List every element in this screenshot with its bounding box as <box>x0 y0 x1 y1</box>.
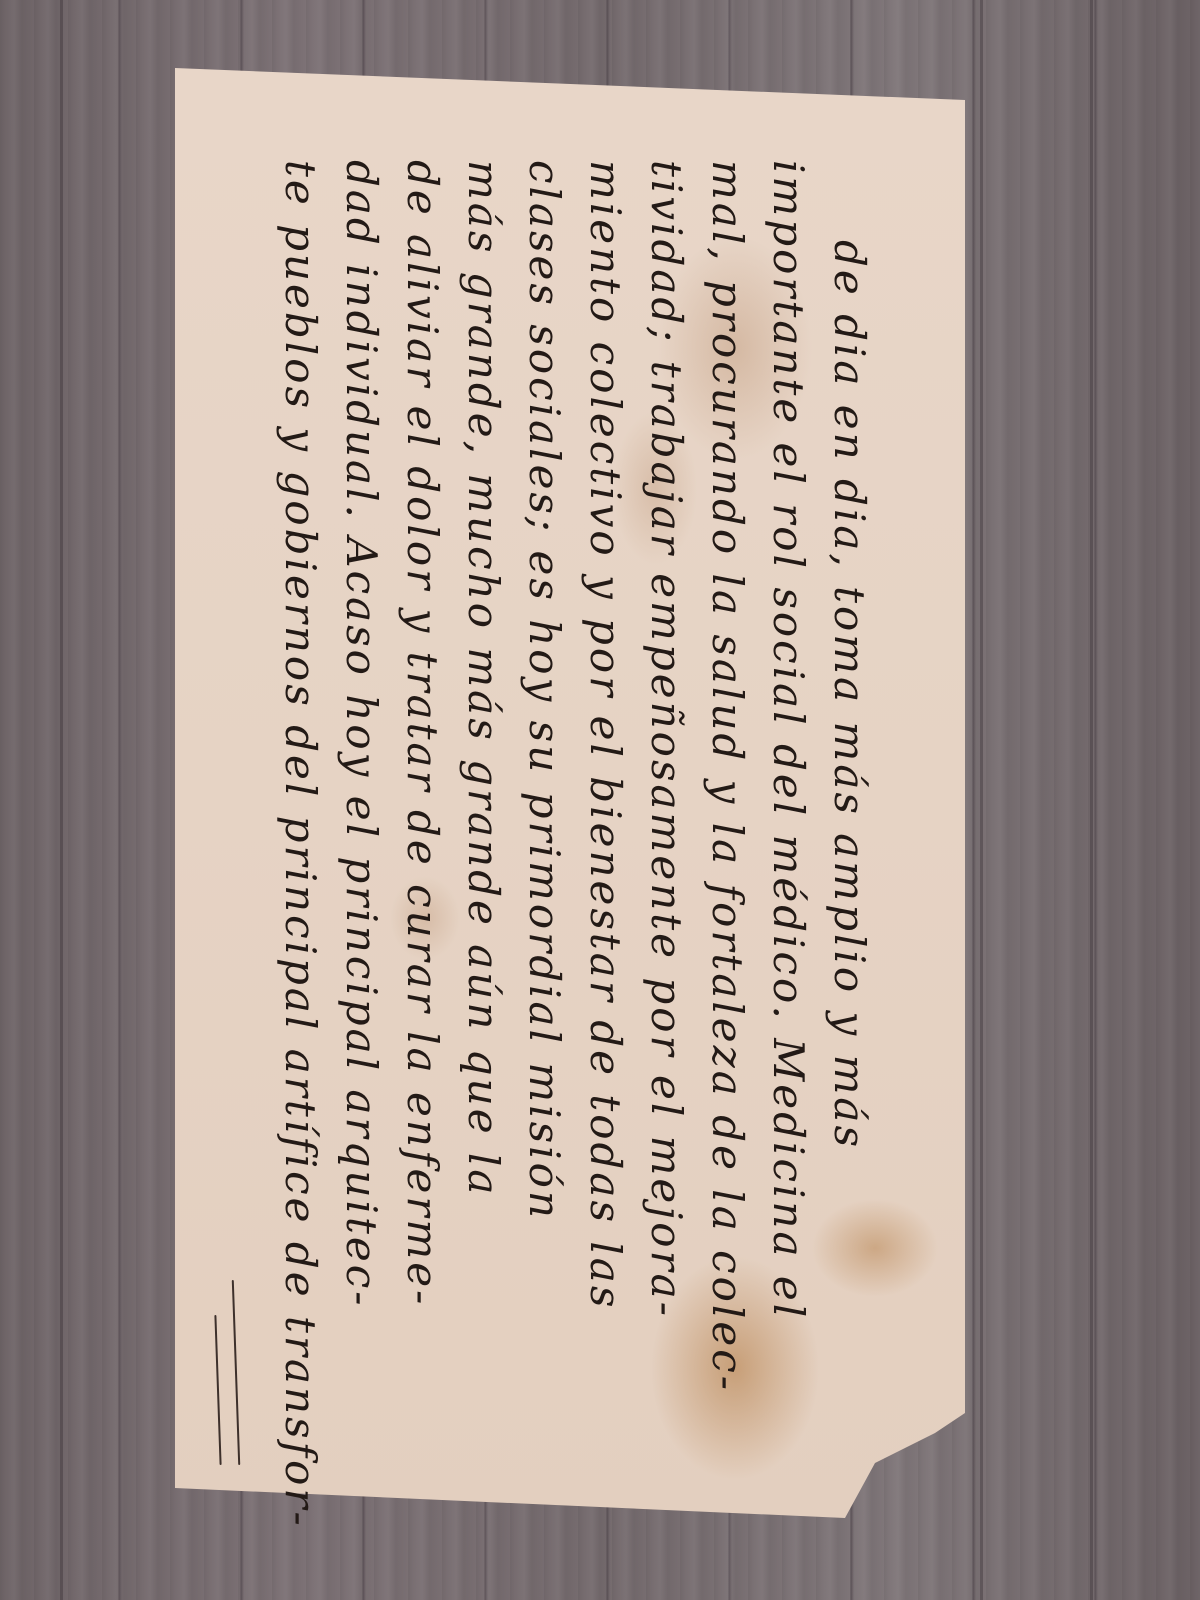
text-line: clases sociales; es hoy su primordial mi… <box>514 160 575 1470</box>
handwritten-text: de dia en dia, toma más amplio y más imp… <box>270 240 880 1470</box>
text-line: dad individual. Acaso hoy el principal a… <box>331 160 392 1470</box>
text-line: más grande, mucho más grande aún que la <box>453 160 514 1470</box>
closing-marks <box>195 1270 255 1470</box>
text-line: te pueblos y gobiernos del principal art… <box>270 160 331 1470</box>
wood-seam <box>1090 0 1093 1600</box>
closing-stroke <box>214 1315 221 1465</box>
wood-seam <box>980 0 983 1600</box>
wood-seam <box>60 0 63 1600</box>
text-line: tividad; trabajar empeñosamente por el m… <box>636 160 697 1470</box>
text-line: importante el rol social del médico. Med… <box>758 160 819 1470</box>
text-line: miento colectivo y por el bienestar de t… <box>575 160 636 1470</box>
text-line: de dia en dia, toma más amplio y más <box>819 240 880 1470</box>
text-line: de aliviar el dolor y tratar de curar la… <box>392 160 453 1470</box>
closing-stroke <box>232 1280 240 1465</box>
text-line: mal, procurando la salud y la fortaleza … <box>697 160 758 1470</box>
